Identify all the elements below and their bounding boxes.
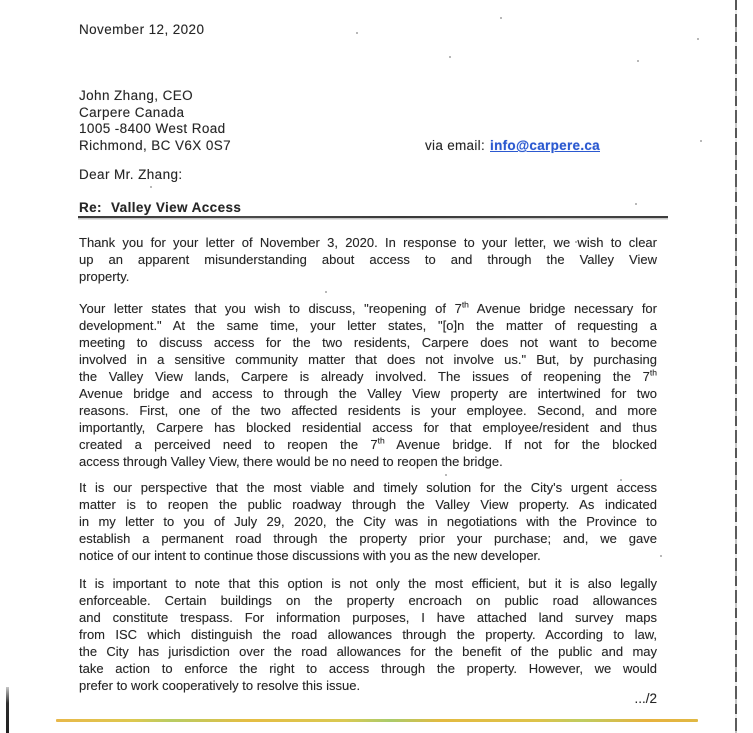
letter-paragraph: Your letter states that you wish to disc… bbox=[79, 300, 657, 470]
body-line: from ISC which distinguish the road allo… bbox=[79, 626, 657, 643]
body-line: reasons. First, one of the two affected … bbox=[79, 402, 657, 419]
letter-paragraph: Thank you for your letter of November 3,… bbox=[79, 234, 657, 285]
scan-speck bbox=[700, 140, 702, 142]
recipient-street: 1005 -8400 West Road bbox=[79, 121, 231, 138]
scan-speck bbox=[660, 555, 662, 557]
subject-title: Valley View Access bbox=[111, 200, 241, 215]
recipient-city: Richmond, BC V6X 0S7 bbox=[79, 138, 231, 155]
page-continuation-marker: .../2 bbox=[79, 691, 657, 706]
scan-speck bbox=[500, 17, 502, 19]
body-line: up an apparent misunderstanding about ac… bbox=[79, 251, 657, 268]
body-line: the Valley View lands, Carpere is alread… bbox=[79, 368, 657, 385]
letter-date: November 12, 2020 bbox=[79, 22, 204, 37]
scan-speck bbox=[620, 479, 622, 481]
subject-re-label: Re: bbox=[79, 200, 111, 215]
email-link[interactable]: info@carpere.ca bbox=[490, 138, 600, 153]
scan-speck bbox=[356, 32, 358, 34]
recipient-address-block: John Zhang, CEO Carpere Canada 1005 -840… bbox=[79, 88, 231, 154]
body-line: It is our perspective that the most viab… bbox=[79, 479, 657, 496]
body-line: and constitute trespass. For information… bbox=[79, 609, 657, 626]
body-line: access through Valley View, there would … bbox=[79, 453, 657, 470]
letter-paragraph: It is our perspective that the most viab… bbox=[79, 479, 657, 564]
via-email-line: via email:info@carpere.ca bbox=[425, 138, 600, 153]
scan-speck bbox=[325, 291, 327, 293]
letter-paragraph: It is important to note that this option… bbox=[79, 575, 657, 694]
scan-speck bbox=[697, 38, 699, 40]
body-line: Your letter states that you wish to disc… bbox=[79, 300, 657, 317]
scan-speck bbox=[445, 474, 447, 476]
body-line: establish a permanent road through the p… bbox=[79, 530, 657, 547]
body-line: notice of our intent to continue those d… bbox=[79, 547, 657, 564]
body-line: meeting to discuss access for the two re… bbox=[79, 334, 657, 351]
body-line: matter is to reopen the public roadway t… bbox=[79, 496, 657, 513]
body-line: in my letter to you of July 29, 2020, th… bbox=[79, 513, 657, 530]
recipient-company: Carpere Canada bbox=[79, 105, 231, 122]
body-line: importantly, Carpere has blocked residen… bbox=[79, 419, 657, 436]
scan-speck bbox=[150, 186, 152, 188]
letter-body: Thank you for your letter of November 3,… bbox=[79, 234, 657, 694]
body-line: property. bbox=[79, 268, 657, 285]
scan-speck bbox=[449, 56, 451, 58]
subject-underline bbox=[78, 216, 668, 218]
body-line: development." At the same time, your let… bbox=[79, 317, 657, 334]
body-line: created a perceived need to reopen the 7… bbox=[79, 436, 657, 453]
recipient-name: John Zhang, CEO bbox=[79, 88, 231, 105]
body-line: the City has jurisdiction over the road … bbox=[79, 643, 657, 660]
scan-speck bbox=[635, 203, 637, 205]
scan-edge-artifact-right bbox=[735, 0, 737, 733]
body-line: It is important to note that this option… bbox=[79, 575, 657, 592]
salutation: Dear Mr. Zhang: bbox=[79, 167, 183, 182]
body-line: take action to enforce the right to acce… bbox=[79, 660, 657, 677]
letter-page: November 12, 2020 John Zhang, CEO Carper… bbox=[0, 0, 753, 733]
body-line: Thank you for your letter of November 3,… bbox=[79, 234, 657, 251]
body-line: enforceable. Certain buildings on the pr… bbox=[79, 592, 657, 609]
via-email-label: via email: bbox=[425, 138, 485, 153]
body-line: involved in a sensitive community matter… bbox=[79, 351, 657, 368]
scan-speck bbox=[637, 60, 639, 62]
body-line: Avenue bridge and access to through the … bbox=[79, 385, 657, 402]
highlighter-line-artifact bbox=[56, 719, 698, 722]
scan-edge-artifact-bottom-left bbox=[6, 687, 9, 733]
subject-line: Re:Valley View Access bbox=[79, 200, 241, 215]
scan-speck bbox=[575, 241, 577, 243]
